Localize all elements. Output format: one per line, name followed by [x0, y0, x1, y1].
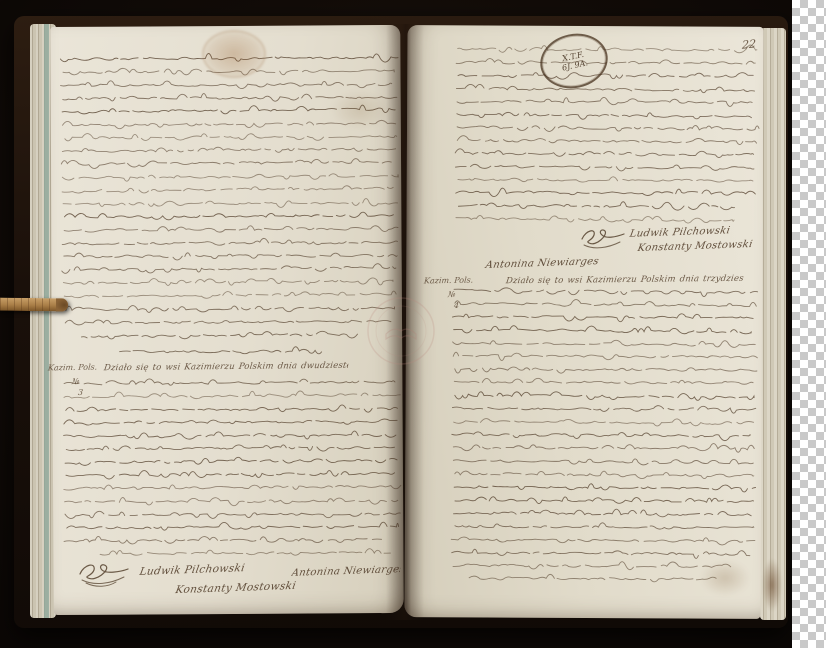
manuscript-photo: X.T.F. 6J. 9A. 22 Kazim. Pols. № 3 Dział…	[0, 0, 792, 648]
paper-stain	[330, 90, 390, 130]
right-page-edge-stack	[760, 28, 786, 620]
transparency-checkerboard	[792, 0, 826, 648]
page-number: 22	[742, 37, 756, 52]
right-page	[404, 25, 763, 619]
wooden-pointer-stick	[0, 297, 68, 311]
faint-round-stamp	[202, 30, 266, 78]
margin-note-number-right: 4	[454, 301, 460, 310]
page-edge-teal-band	[44, 24, 49, 618]
edge-ink-smudge	[762, 558, 782, 612]
screenshot-root: X.T.F. 6J. 9A. 22 Kazim. Pols. № 3 Dział…	[0, 0, 826, 648]
right-page-handwriting	[404, 25, 763, 619]
margin-note-place-left: Kazim. Pols.	[48, 363, 98, 373]
priest-signature-flourish-right	[578, 226, 630, 252]
priest-signature-flourish-left	[76, 560, 138, 588]
margin-note-no-right: №	[448, 290, 456, 299]
margin-note-number-left: 3	[78, 388, 84, 397]
paper-stain	[700, 560, 750, 596]
margin-note-place-right: Kazim. Pols.	[424, 276, 474, 286]
margin-note-no-left: №	[72, 377, 80, 386]
